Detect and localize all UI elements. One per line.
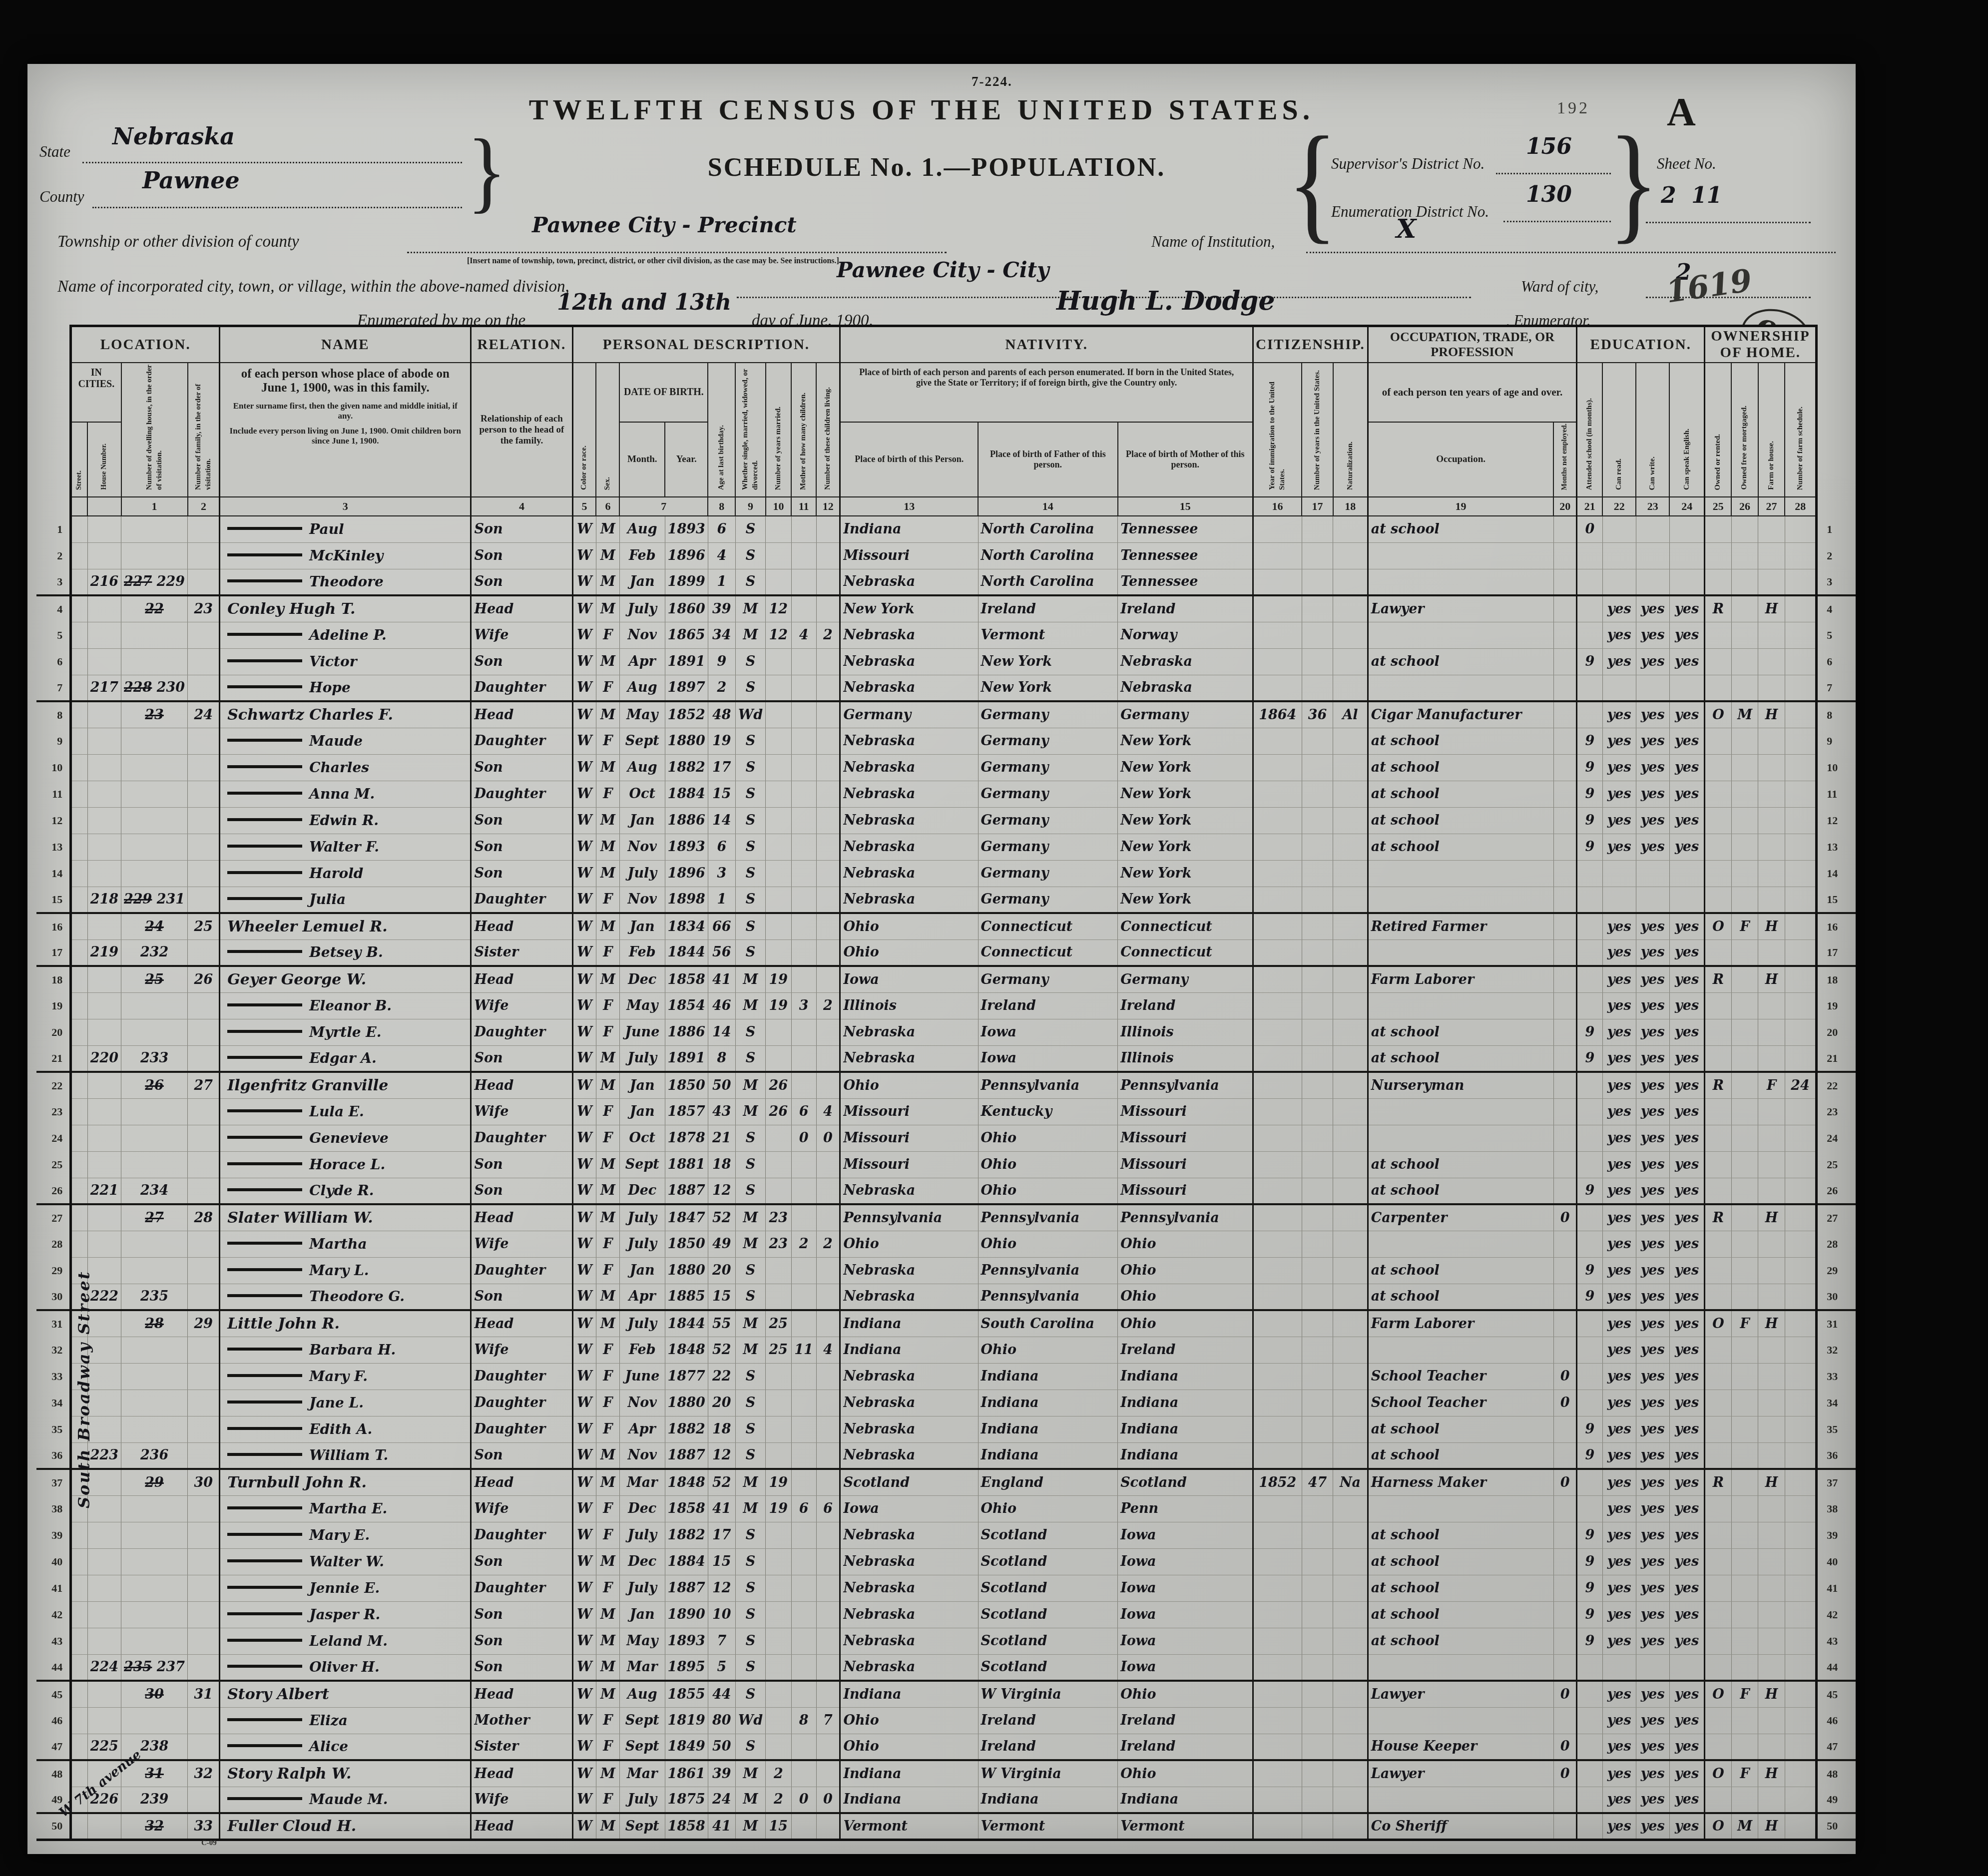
name-r2: McKinley (220, 542, 471, 569)
immyr-r50 (1253, 1813, 1302, 1840)
pobm-r46: Ireland (1118, 1707, 1253, 1734)
mother-r17 (791, 939, 816, 966)
school-r1: 0 (1577, 516, 1603, 542)
school-r14 (1577, 860, 1603, 887)
color-r41: W (572, 1575, 596, 1601)
lnum-r37: 37 (36, 1469, 71, 1495)
month-r41: July (619, 1575, 665, 1601)
mother-r35 (791, 1416, 816, 1442)
fno-r24 (1785, 1125, 1817, 1151)
immyr-r37: 1852 (1253, 1469, 1302, 1495)
month-head: Month. (619, 422, 665, 497)
year-r8: 1852 (665, 701, 708, 728)
c1-r25 (121, 1151, 188, 1178)
fm-r25 (1731, 1151, 1758, 1178)
living-r19: 2 (816, 992, 840, 1019)
sex-r7: F (596, 675, 619, 701)
lnum-r4: 4 (36, 595, 71, 622)
pobf-r24: Ohio (978, 1125, 1118, 1151)
read-r17: yes (1602, 939, 1636, 966)
school-r47 (1577, 1734, 1603, 1760)
yrsm-r10 (766, 754, 792, 781)
c1-r37: 29 (121, 1469, 188, 1495)
c2-r26 (188, 1178, 220, 1204)
year-r37: 1848 (665, 1469, 708, 1495)
c2-r44 (188, 1654, 220, 1681)
nat-r46 (1333, 1707, 1368, 1734)
color-r27: W (572, 1204, 596, 1231)
rnum-r33: 33 (1817, 1363, 1856, 1390)
column-number-17: 17 (1302, 497, 1333, 516)
occ-r23 (1368, 1098, 1553, 1125)
living-r9 (816, 728, 840, 754)
year-r10: 1882 (665, 754, 708, 781)
sex-r21: M (596, 1045, 619, 1072)
fm-r28 (1731, 1231, 1758, 1257)
fm-r19 (1731, 992, 1758, 1019)
living-r39 (816, 1522, 840, 1548)
pobf-r33: Indiana (978, 1363, 1118, 1390)
pobf-r30: Pennsylvania (978, 1284, 1118, 1310)
pob-r17: Ohio (840, 939, 978, 966)
nat-r1 (1333, 516, 1368, 542)
pobm-r14: New York (1118, 860, 1253, 887)
age-r13: 6 (708, 834, 735, 860)
school-r11: 9 (1577, 781, 1603, 807)
fno-r41 (1785, 1575, 1817, 1601)
pobf-r43: Scotland (978, 1628, 1118, 1654)
fh-r1 (1758, 516, 1785, 542)
person-row-15: 15218229 231JuliaDaughterWFNov18981SNebr… (36, 887, 1856, 913)
yrsus-r24 (1302, 1125, 1333, 1151)
lnum-r19: 19 (36, 992, 71, 1019)
month-r15: Nov (619, 887, 665, 913)
fno-r36 (1785, 1442, 1817, 1469)
fh-r17 (1758, 939, 1785, 966)
english-r31: yes (1669, 1310, 1705, 1337)
relation-r33: Daughter (471, 1363, 572, 1390)
school-r19 (1577, 992, 1603, 1019)
sex-head: Sex. (596, 363, 619, 497)
yrsus-r31 (1302, 1310, 1333, 1337)
yrsm-r1 (766, 516, 792, 542)
nat-r15 (1333, 887, 1368, 913)
pob-r12: Nebraska (840, 807, 978, 834)
pob-r5: Nebraska (840, 622, 978, 648)
enumerated-days: 12th and 13th (557, 290, 731, 315)
age-r34: 20 (708, 1390, 735, 1416)
fno-r1 (1785, 516, 1817, 542)
col2-label: Number of family, in the order of visita… (194, 364, 213, 490)
yrsus-r6 (1302, 648, 1333, 675)
lnum-r41: 41 (36, 1575, 71, 1601)
fno-r32 (1785, 1337, 1817, 1363)
marital-r34: S (735, 1390, 765, 1416)
living-r20 (816, 1019, 840, 1045)
relation-r26: Son (471, 1178, 572, 1204)
column-number-street (71, 497, 87, 516)
column-number-14: 14 (978, 497, 1118, 516)
yrsus-r47 (1302, 1734, 1333, 1760)
c2-r1 (188, 516, 220, 542)
fh-r42 (1758, 1601, 1785, 1628)
sex-r45: M (596, 1681, 619, 1707)
lnum-r43: 43 (36, 1628, 71, 1654)
nat-r8: Al (1333, 701, 1368, 728)
name-r45: Story Albert (220, 1681, 471, 1707)
pob-r25: Missouri (840, 1151, 978, 1178)
name-r14: Harold (220, 860, 471, 887)
age-r33: 22 (708, 1363, 735, 1390)
yrsus-r13 (1302, 834, 1333, 860)
mnot-r44 (1553, 1654, 1576, 1681)
fm-r39 (1731, 1522, 1758, 1548)
c2-r43 (188, 1628, 220, 1654)
sex-r28: F (596, 1231, 619, 1257)
age-r3: 1 (708, 569, 735, 595)
c1-r8: 23 (121, 701, 188, 728)
living-r27 (816, 1204, 840, 1231)
nat-r44 (1333, 1654, 1368, 1681)
surname-ditto-dash (227, 950, 302, 953)
nat-r22 (1333, 1072, 1368, 1098)
mother-r37 (791, 1469, 816, 1495)
yrsus-r49 (1302, 1787, 1333, 1813)
relation-r38: Wife (471, 1495, 572, 1522)
c2-r3 (188, 569, 220, 595)
relation-r28: Wife (471, 1231, 572, 1257)
column-number-1: 1 (121, 497, 188, 516)
yrsm-r18: 19 (766, 966, 792, 992)
color-r14: W (572, 860, 596, 887)
nat-r10 (1333, 754, 1368, 781)
surname-ditto-dash (227, 579, 302, 582)
name-r42: Jasper R. (220, 1601, 471, 1628)
year-r11: 1884 (665, 781, 708, 807)
yrsus-r48 (1302, 1760, 1333, 1787)
mother-r49: 0 (791, 1787, 816, 1813)
mother-r1 (791, 516, 816, 542)
school-r3 (1577, 569, 1603, 595)
relation-r36: Son (471, 1442, 572, 1469)
mother-r12 (791, 807, 816, 834)
group-citizenship: CITIZENSHIP. (1253, 326, 1368, 363)
occ-r17 (1368, 939, 1553, 966)
surname-ditto-dash (227, 1109, 302, 1112)
read-r41: yes (1602, 1575, 1636, 1601)
write-r27: yes (1636, 1204, 1669, 1231)
month-r34: Nov (619, 1390, 665, 1416)
color-r22: W (572, 1072, 596, 1098)
mnot-r24 (1553, 1125, 1576, 1151)
immyr-r23 (1253, 1098, 1302, 1125)
c1-r24 (121, 1125, 188, 1151)
column-number-5: 5 (572, 497, 596, 516)
pobm-r36: Indiana (1118, 1442, 1253, 1469)
sex-r27: M (596, 1204, 619, 1231)
pobm-r25: Missouri (1118, 1151, 1253, 1178)
age-r35: 18 (708, 1416, 735, 1442)
fh-r2 (1758, 542, 1785, 569)
column-number-21: 21 (1577, 497, 1603, 516)
sex-r10: M (596, 754, 619, 781)
marital-r50: M (735, 1813, 765, 1840)
color-r11: W (572, 781, 596, 807)
fno-r43 (1785, 1628, 1817, 1654)
fno-r38 (1785, 1495, 1817, 1522)
c2-r8: 24 (188, 701, 220, 728)
fm-r33 (1731, 1363, 1758, 1390)
relation-r49: Wife (471, 1787, 572, 1813)
yrsm-r12 (766, 807, 792, 834)
occ-r49 (1368, 1787, 1553, 1813)
surname-ditto-dash (227, 792, 302, 795)
nativity-note: Place of birth of each person and parent… (840, 363, 1253, 422)
surname-ditto-dash (227, 818, 302, 821)
name-r5: Adeline P. (220, 622, 471, 648)
pobf-r21: Iowa (978, 1045, 1118, 1072)
english-r32: yes (1669, 1337, 1705, 1363)
living-r48 (816, 1760, 840, 1787)
rnum-r49: 49 (1817, 1787, 1856, 1813)
month-r20: June (619, 1019, 665, 1045)
school-r2 (1577, 542, 1603, 569)
yrsm-r15 (766, 887, 792, 913)
name-r29: Mary L. (220, 1257, 471, 1284)
name-r32: Barbara H. (220, 1337, 471, 1363)
immyr-r44 (1253, 1654, 1302, 1681)
english-r44 (1669, 1654, 1705, 1681)
fh-r12 (1758, 807, 1785, 834)
nat-r27 (1333, 1204, 1368, 1231)
lnum-r17: 17 (36, 939, 71, 966)
person-row-34: 34Jane L.DaughterWFNov188020SNebraskaInd… (36, 1390, 1856, 1416)
read-r35: yes (1602, 1416, 1636, 1442)
read-r15 (1602, 887, 1636, 913)
month-r36: Nov (619, 1442, 665, 1469)
pobm-r7: Nebraska (1118, 675, 1253, 701)
pobf-r37: England (978, 1469, 1118, 1495)
c1-r15: 229 231 (121, 887, 188, 913)
lnum-r13: 13 (36, 834, 71, 860)
sex-r9: F (596, 728, 619, 754)
mnot-r18 (1553, 966, 1576, 992)
name-r20: Myrtle E. (220, 1019, 471, 1045)
age-r31: 55 (708, 1310, 735, 1337)
age-r28: 49 (708, 1231, 735, 1257)
pobf-r50: Vermont (978, 1813, 1118, 1840)
immyr-head: Year of immigration to the United States… (1253, 363, 1302, 497)
rnum-r11: 11 (1817, 781, 1856, 807)
school-r41: 9 (1577, 1575, 1603, 1601)
yrsm-r32: 25 (766, 1337, 792, 1363)
mnot-r42 (1553, 1601, 1576, 1628)
mother-r2 (791, 542, 816, 569)
pobm-r13: New York (1118, 834, 1253, 860)
age-r22: 50 (708, 1072, 735, 1098)
month-r1: Aug (619, 516, 665, 542)
relation-r30: Son (471, 1284, 572, 1310)
owned-r31: O (1705, 1310, 1731, 1337)
table-header: LOCATION. NAME RELATION. PERSONAL DESCRI… (36, 326, 1856, 516)
yrsm-r17 (766, 939, 792, 966)
lnum-r35: 35 (36, 1416, 71, 1442)
mnot-r25 (1553, 1151, 1576, 1178)
name-r49: Maude M. (220, 1787, 471, 1813)
english-r41: yes (1669, 1575, 1705, 1601)
immyr-r20 (1253, 1019, 1302, 1045)
yrsm-r29 (766, 1257, 792, 1284)
column-number-10: 10 (766, 497, 792, 516)
group-ownership: OWNERSHIP OF HOME. (1705, 326, 1817, 363)
sex-r25: M (596, 1151, 619, 1178)
name-r13: Walter F. (220, 834, 471, 860)
yrsm-r43 (766, 1628, 792, 1654)
owned-r25 (1705, 1151, 1731, 1178)
person-row-32: 32Barbara H.WifeWFFeb184852M25114Indiana… (36, 1337, 1856, 1363)
rnum-r6: 6 (1817, 648, 1856, 675)
fno-r16 (1785, 913, 1817, 939)
occ-r21: at school (1368, 1045, 1553, 1072)
mother-r40 (791, 1548, 816, 1575)
school-r39: 9 (1577, 1522, 1603, 1548)
fh-r23 (1758, 1098, 1785, 1125)
read-r37: yes (1602, 1469, 1636, 1495)
living-r4 (816, 595, 840, 622)
person-row-12: 12Edwin R.SonWMJan188614SNebraskaGermany… (36, 807, 1856, 834)
pob-r45: Indiana (840, 1681, 978, 1707)
year-r6: 1891 (665, 648, 708, 675)
month-r11: Oct (619, 781, 665, 807)
c2-r14 (188, 860, 220, 887)
month-r35: Apr (619, 1416, 665, 1442)
yrsm-r34 (766, 1390, 792, 1416)
rnum-r38: 38 (1817, 1495, 1856, 1522)
pob-r19: Illinois (840, 992, 978, 1019)
yrsus-r27 (1302, 1204, 1333, 1231)
write-r50: yes (1636, 1813, 1669, 1840)
age-r16: 66 (708, 913, 735, 939)
read-r47: yes (1602, 1734, 1636, 1760)
fh-r32 (1758, 1337, 1785, 1363)
owned-r14 (1705, 860, 1731, 887)
immyr-r4 (1253, 595, 1302, 622)
immyr-r41 (1253, 1575, 1302, 1601)
yrsm-r50: 15 (766, 1813, 792, 1840)
fh-r7 (1758, 675, 1785, 701)
living-r18 (816, 966, 840, 992)
relation-r15: Daughter (471, 887, 572, 913)
immyr-r8: 1864 (1253, 701, 1302, 728)
relation-head: Relationship of each person to the head … (471, 363, 572, 497)
age-r15: 1 (708, 887, 735, 913)
marital-r42: S (735, 1601, 765, 1628)
pobm-r32: Ireland (1118, 1337, 1253, 1363)
mother-r38: 6 (791, 1495, 816, 1522)
marital-r7: S (735, 675, 765, 701)
year-r13: 1893 (665, 834, 708, 860)
month-r28: July (619, 1231, 665, 1257)
owned-label: Owned or rented. (1713, 434, 1723, 490)
owned-r26 (1705, 1178, 1731, 1204)
year-r14: 1896 (665, 860, 708, 887)
fh-r47 (1758, 1734, 1785, 1760)
fno-label: Number of farm schedule. (1796, 407, 1806, 490)
fno-r9 (1785, 728, 1817, 754)
mother-r8 (791, 701, 816, 728)
write-r47: yes (1636, 1734, 1669, 1760)
english-r26: yes (1669, 1178, 1705, 1204)
immyr-r30 (1253, 1284, 1302, 1310)
pobf-r10: Germany (978, 754, 1118, 781)
name-r3: Theodore (220, 569, 471, 595)
living-r8 (816, 701, 840, 728)
c1-r3: 227 229 (121, 569, 188, 595)
pobf-head: Place of birth of Father of this person. (978, 422, 1118, 497)
fm-r43 (1731, 1628, 1758, 1654)
occ-r36: at school (1368, 1442, 1553, 1469)
english-r47: yes (1669, 1734, 1705, 1760)
fh-r36 (1758, 1442, 1785, 1469)
write-r12: yes (1636, 807, 1669, 834)
year-r32: 1848 (665, 1337, 708, 1363)
occ-r28 (1368, 1231, 1553, 1257)
c2-r35 (188, 1416, 220, 1442)
mother-r9 (791, 728, 816, 754)
pob-r2: Missouri (840, 542, 978, 569)
lnum-r31: 31 (36, 1310, 71, 1337)
mother-r19: 3 (791, 992, 816, 1019)
write-r15 (1636, 887, 1669, 913)
mother-r29 (791, 1257, 816, 1284)
color-r25: W (572, 1151, 596, 1178)
relation-r37: Head (471, 1469, 572, 1495)
mother-r31 (791, 1310, 816, 1337)
person-row-2: 2McKinleySonWMFeb18964SMissouriNorth Car… (36, 542, 1856, 569)
school-r43: 9 (1577, 1628, 1603, 1654)
write-r21: yes (1636, 1045, 1669, 1072)
immyr-r17 (1253, 939, 1302, 966)
month-r10: Aug (619, 754, 665, 781)
rnum-r23: 23 (1817, 1098, 1856, 1125)
owned-r6 (1705, 648, 1731, 675)
immyr-r43 (1253, 1628, 1302, 1654)
occ-r32 (1368, 1337, 1553, 1363)
surname-ditto-dash (227, 845, 302, 848)
english-r42: yes (1669, 1601, 1705, 1628)
pobm-r39: Iowa (1118, 1522, 1253, 1548)
lnum-r45: 45 (36, 1681, 71, 1707)
column-number-12: 12 (816, 497, 840, 516)
c2-r11 (188, 781, 220, 807)
rnum-r50: 50 (1817, 1813, 1856, 1840)
school-r44 (1577, 1654, 1603, 1681)
read-r38: yes (1602, 1495, 1636, 1522)
read-r24: yes (1602, 1125, 1636, 1151)
yrsus-r43 (1302, 1628, 1333, 1654)
living-r25 (816, 1151, 840, 1178)
mnot-r49 (1553, 1787, 1576, 1813)
occ-r26: at school (1368, 1178, 1553, 1204)
sex-r19: F (596, 992, 619, 1019)
c2-r38 (188, 1495, 220, 1522)
owned-r48: O (1705, 1760, 1731, 1787)
fm-r18 (1731, 966, 1758, 992)
person-row-28: 28MarthaWifeWFJuly185049M2322OhioOhioOhi… (36, 1231, 1856, 1257)
year-r46: 1819 (665, 1707, 708, 1734)
rnum-r5: 5 (1817, 622, 1856, 648)
house-r41 (87, 1575, 121, 1601)
